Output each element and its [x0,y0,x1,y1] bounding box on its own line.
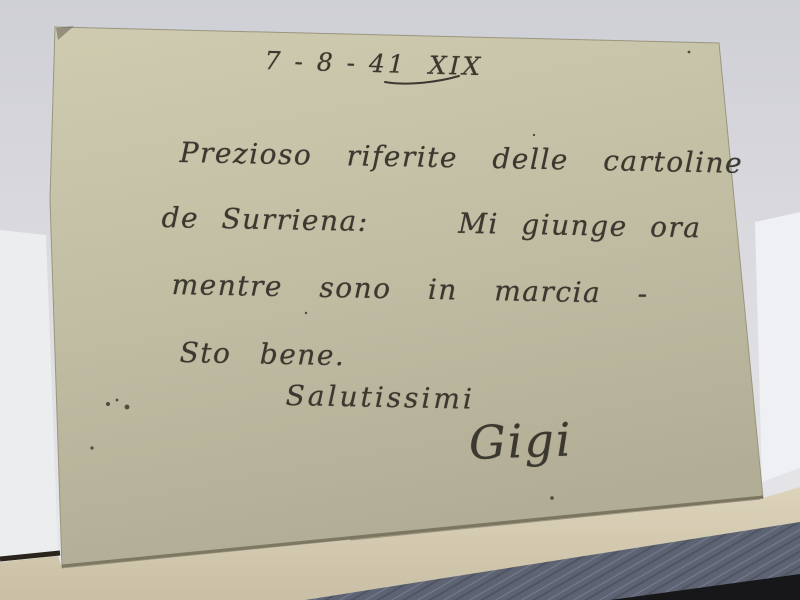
handwriting-line-4: Sto bene. [179,336,345,372]
handwriting-line-5: Salutissimi [285,379,475,416]
photo-scene: 7 - 8 - 41 XIX Prezioso riferite delle c… [0,0,800,600]
signature: Gigi [468,412,573,470]
date-underline-swash [383,72,463,88]
white-paper-right [755,212,800,482]
